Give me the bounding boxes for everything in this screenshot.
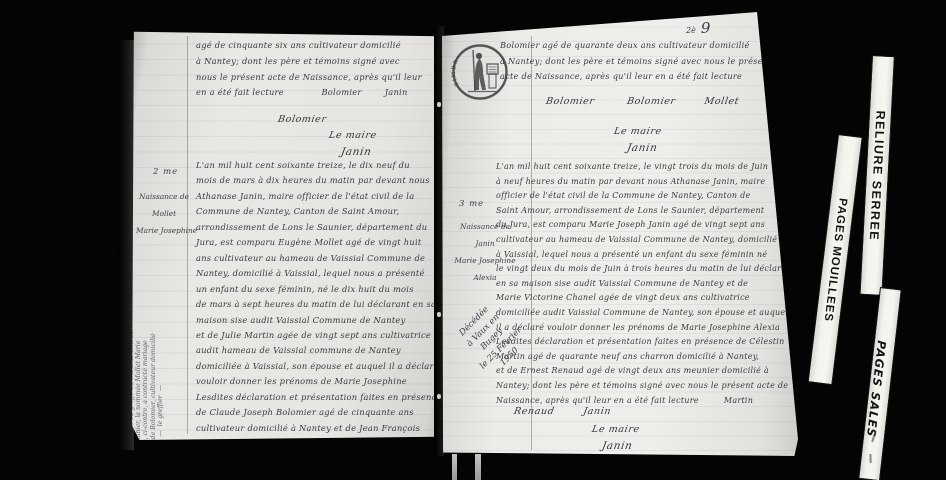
text-line: domiciliée à Vaissial, son épouse et auq… bbox=[196, 359, 438, 374]
text-line: un enfant du sexe féminin, né le dix hui… bbox=[196, 282, 438, 297]
reliure-serree-label: RELIURE SERREE bbox=[867, 110, 888, 241]
page-marker-strip bbox=[452, 454, 457, 480]
stitch-dot bbox=[437, 312, 441, 317]
text-line: et de Julie Martin agée de vingt sept an… bbox=[196, 328, 438, 343]
text-line: Athanase Janin, maire officier de l'état… bbox=[196, 189, 438, 204]
text-line: mois de mars à dix heures du matin par d… bbox=[196, 173, 438, 188]
signature-maire-janin: Janin bbox=[601, 440, 633, 452]
right-page: 2è 9 TIMBRE Bolomier agé de quarante deu… bbox=[442, 12, 798, 456]
scanned-register-photo: { "left_page": { "prev_act": { "lines": … bbox=[0, 0, 946, 480]
left-page: agé de cinquante six ans cultivateur dom… bbox=[132, 28, 438, 440]
right-previous-act-end: Bolomier agé de quarante deux ans cultiv… bbox=[500, 38, 796, 85]
text-line: Nantey, domicilié à Vaissial, lequel nou… bbox=[196, 266, 438, 281]
stitch-dot bbox=[437, 102, 441, 107]
text-line: Josephine, ci-contre, a contracté mariag… bbox=[142, 224, 149, 470]
closing-title-le-maire: Le maire bbox=[328, 130, 378, 141]
text-line: ans cultivateur au hameau de Vaissial Co… bbox=[196, 251, 438, 266]
text-line: en a été fait lecture Bolomier Janin bbox=[196, 85, 436, 101]
text-line: avec Claude Bolomier, cultivateur domici… bbox=[150, 224, 157, 470]
svg-text:TIMBRE: TIMBRE bbox=[451, 43, 461, 87]
text-line: domiciliée audit Vaissial Commune de Nan… bbox=[496, 306, 792, 321]
text-line: Saint Amour, arrondissement de Lons le S… bbox=[496, 204, 792, 219]
right-birth-act-text: L'an mil huit cent soixante treize, le v… bbox=[496, 160, 792, 408]
closing-title-le-maire: Le maire bbox=[591, 424, 641, 435]
folio-digit: 9 bbox=[701, 19, 713, 37]
folio-number: 2è 9 bbox=[686, 18, 712, 37]
left-birth-act-text: L'an mil huit cent soixante treize, le d… bbox=[196, 158, 438, 436]
text-line: Marie Victorine Chanel agée de vingt deu… bbox=[496, 291, 792, 306]
text-line: vouloir donner les prénoms de Marie Jose… bbox=[196, 374, 438, 389]
pages-mouillees-label: PAGES MOUILLEES bbox=[822, 197, 849, 322]
text-line: officier de l'état civil de la Commune d… bbox=[496, 189, 792, 204]
text-line: Lesdites déclaration et présentation fai… bbox=[496, 335, 792, 350]
text-line: du Jura, est comparu Marie Joseph Janin … bbox=[496, 218, 792, 233]
text-line: audit hameau de Vaissial commune de Nant… bbox=[196, 343, 438, 358]
text-line: Lons le Saunier, la nommée Mollet Marie bbox=[135, 224, 142, 470]
signature-maire-janin: Janin bbox=[626, 142, 658, 154]
stitch-dot bbox=[437, 394, 441, 399]
signature-bolomier: Bolomier bbox=[277, 114, 327, 125]
folio-annotation: 2è bbox=[686, 26, 696, 35]
left-previous-act-end: agé de cinquante six ans cultivateur dom… bbox=[196, 38, 436, 101]
closing-title-le-maire: Le maire bbox=[613, 126, 663, 137]
signature-row: Renaud Janin bbox=[513, 406, 612, 417]
text-line: Naissance de bbox=[136, 188, 192, 205]
text-line: Commune de Nantey, Canton de Saint Amour… bbox=[196, 204, 438, 219]
text-line: cultivateur au hameau de Vaissial Commun… bbox=[496, 233, 792, 248]
text-line: Mollet bbox=[136, 205, 192, 222]
left-marginal-annotation: Par acte inscrit au greffe du tribunal c… bbox=[128, 224, 172, 470]
signature-row: Bolomier Bolomier Mollet bbox=[545, 96, 740, 107]
text-line: Bolomier agé de quarante deux ans cultiv… bbox=[500, 38, 796, 54]
pages-sales-label: PAGES SALES bbox=[864, 340, 889, 438]
text-line: à Nantey; dont les père et témoins signé… bbox=[196, 54, 436, 70]
page-marker-strip bbox=[475, 454, 481, 480]
text-line: à Nantey. — le greffier — bbox=[157, 224, 164, 470]
text-line: de mars à sept heures du matin de lui dé… bbox=[196, 297, 438, 312]
text-line: acte de Naissance, après qu'il leur en a… bbox=[500, 69, 796, 85]
text-line: agé de cinquante six ans cultivateur dom… bbox=[196, 38, 436, 54]
signature-maire-janin: Janin bbox=[340, 146, 372, 158]
text-line: cultivateur domicilié à Nantey et de Jea… bbox=[196, 421, 438, 436]
text-line: en sa maison sise audit Vaissial Commune… bbox=[496, 277, 792, 292]
pen-mark bbox=[869, 454, 871, 463]
stamp-label: TIMBRE bbox=[451, 43, 461, 87]
reliure-serree-strip: RELIURE SERREE bbox=[859, 55, 895, 296]
text-line: Jura, est comparu Eugène Mollet agé de v… bbox=[196, 235, 438, 250]
right-act-number: 3 me bbox=[459, 199, 484, 209]
left-act-number: 2 me bbox=[153, 167, 178, 177]
text-line: à Nantey; dont les père et témoins signé… bbox=[500, 54, 796, 70]
text-line: de Claude Joseph Bolomier agé de cinquan… bbox=[196, 405, 438, 420]
text-line: maison sise audit Vaissial Commune de Na… bbox=[196, 313, 438, 328]
text-line: L'an mil huit cent soixante treize, le v… bbox=[496, 160, 792, 175]
text-line: le vingt deux du mois de Juin à trois he… bbox=[496, 262, 792, 277]
text-line: nous le présent acte de Naissance, après… bbox=[196, 70, 436, 86]
text-line: à Vaissial, lequel nous a présenté un en… bbox=[496, 248, 792, 263]
text-line: Martin agé de quarante neuf ans charron … bbox=[496, 350, 792, 365]
book-block-edge bbox=[118, 40, 134, 450]
text-line: il a déclaré vouloir donner les prénoms … bbox=[496, 321, 792, 336]
text-line: et de Ernest Renaud agé de vingt deux an… bbox=[496, 364, 792, 379]
text-line: arrondissement de Lons le Saunier, dépar… bbox=[196, 220, 438, 235]
text-line: à neuf heures du matin par devant nous A… bbox=[496, 175, 792, 190]
text-line: Nantey; dont les père et témoins signé a… bbox=[496, 379, 792, 394]
text-line: L'an mil huit cent soixante treize, le d… bbox=[196, 158, 438, 173]
text-line: Lesdites déclaration et présentation fai… bbox=[196, 390, 438, 405]
pages-mouillees-strip: PAGES MOUILLEES bbox=[808, 134, 863, 385]
pages-sales-strip: PAGES SALES bbox=[858, 287, 902, 480]
